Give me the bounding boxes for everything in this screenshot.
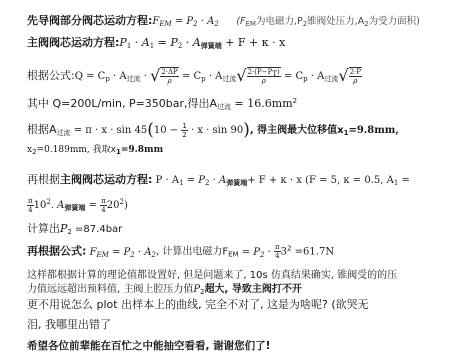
displacement-choice: x2=0.189mm, 我取x1=9.8mm [27, 143, 163, 157]
flow-area-result: 其中 Q=200L/min, P=350bar,得出A过流 = 16.6mm2 [27, 97, 297, 111]
problem-description-2: 力值远远超出预料值, 主阀上腔压力值P2超大, 导致主阀打不开 [27, 283, 302, 297]
main-valve-formula: P1 · A1 = P2 · A弹簧端 + F + κ · x [119, 36, 285, 49]
p2-result: 计算出P2 =87.4bar [27, 222, 122, 237]
sqrt-3: √2·Pρ [338, 63, 362, 90]
displacement-formula: 根据A过流 = π · x · sin 45(10 − 12 · x · sin… [27, 119, 399, 141]
main-valve-equation-again: 再根据主阀阀芯运动方程: P · A1 = P2 · A弹簧端+ F + κ ·… [27, 173, 410, 188]
problem-description-4: 泪, 我哪里出错了 [27, 318, 111, 332]
closing-request: 希望各位前辈能在百忙之中能抽空看看, 谢谢您们了! [27, 339, 270, 353]
pilot-equation-lhs: FEM = P2 · A2 [152, 16, 218, 27]
sqrt-2: √2·(P−PT)ρ [236, 63, 280, 90]
problem-description-3: 更不用说怎么 plot 出样本上的曲线, 完全不对了, 这是为啥呢? (欲哭无 [27, 298, 369, 312]
electromagnetic-force-result: 再根据公式: FEM = P2 · A2, 计算出电磁力FEM = P2 · π… [27, 243, 334, 260]
main-valve-title: 主阀阀芯运动方程: [27, 36, 119, 49]
pilot-valve-equation: 先导阀部分阀芯运动方程:FEM = P2 · A2 (FEM为电磁力,P2锥阀处… [27, 14, 420, 29]
sqrt-1: √2·ΔPρ [150, 63, 179, 90]
flow-formula-body: Q = Cp · A过流 · √2·ΔPρ = Cp · A过流√2·(P−PT… [75, 71, 362, 82]
pilot-valve-title: 先导阀部分阀芯运动方程: [27, 14, 152, 27]
area-parameters: π4102. A弹簧端 = π4202) [27, 197, 128, 215]
flow-formula: 根据公式:Q = Cp · A过流 · √2·ΔPρ = Cp · A过流√2·… [27, 63, 362, 89]
problem-description-1: 这样都根据计算的理论值都设置好, 但是问题来了, 10s 仿真结果确实, 锥阀受… [27, 269, 397, 283]
main-valve-equation: 主阀阀芯运动方程:P1 · A1 = P2 · A弹簧端 + F + κ · x [27, 36, 285, 50]
flow-formula-label: 根据公式: [27, 69, 75, 82]
variable-note: (FEM为电磁力,P2锥阀处压力,A2为受力面积) [236, 16, 420, 27]
